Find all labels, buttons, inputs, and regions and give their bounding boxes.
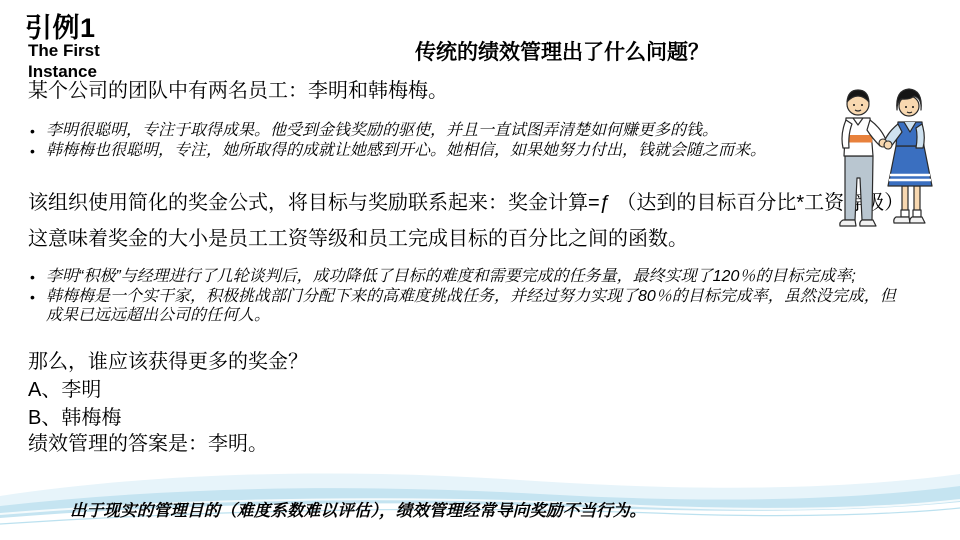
list-item: • 李明很聪明，专注于取得成果。他受到金钱奖励的驱使，并且一直试图弄清楚如何赚更…	[30, 122, 910, 140]
slide-subtitle: The First Instance	[28, 41, 128, 82]
handshake-illustration	[826, 82, 942, 262]
list-item: • 韩梅梅是一个实干家，积极挑战部门分配下来的高难度挑战任务，并经过努力实现了8…	[30, 288, 902, 325]
bullet-text: 韩梅梅是一个实干家，积极挑战部门分配下来的高难度挑战任务，并经过努力实现了80％…	[46, 288, 902, 325]
employee-profile-bullets: • 李明很聪明，专注于取得成果。他受到金钱奖励的驱使，并且一直试图弄清楚如何赚更…	[30, 122, 910, 163]
intro-paragraph: 某个公司的团队中有两名员工：李明和韩梅梅。	[28, 78, 448, 104]
bullet-text: 韩梅梅也很聪明，专注，她所取得的成就让她感到开心。她相信，如果她努力付出，钱就会…	[46, 142, 910, 160]
bullet-icon: •	[30, 288, 46, 325]
list-item: • 韩梅梅也很聪明，专注，她所取得的成就让她感到开心。她相信，如果她努力付出，钱…	[30, 142, 910, 160]
bullet-icon: •	[30, 122, 46, 140]
bonus-formula-paragraph: 该组织使用简化的奖金公式，将目标与奖励联系起来：奖金计算=ƒ （达到的目标百分比…	[28, 190, 928, 216]
slide-canvas: { "slide": { "title": "引例1", "subtitle":…	[0, 0, 960, 540]
list-item: • 李明“积极”与经理进行了几轮谈判后，成功降低了目标的难度和需要完成的任务量，…	[30, 268, 902, 286]
man-figure	[840, 90, 886, 226]
footer-conclusion-text: 出于现实的管理目的（难度系数难以评估），绩效管理经常导向奖励不当行为。	[70, 497, 646, 521]
function-explanation-paragraph: 这意味着奖金的大小是员工工资等级和员工完成目标的百分比之间的函数。	[28, 226, 928, 252]
bullet-text: 李明很聪明，专注于取得成果。他受到金钱奖励的驱使，并且一直试图弄清楚如何赚更多的…	[46, 122, 910, 140]
slide-heading: 传统的绩效管理出了什么问题？	[415, 36, 709, 66]
answer-text: 绩效管理的答案是：李明。	[28, 431, 268, 457]
option-b: B、韩梅梅	[28, 407, 308, 429]
bullet-icon: •	[30, 268, 46, 286]
bullet-text: 李明“积极”与经理进行了几轮谈判后，成功降低了目标的难度和需要完成的任务量，最终…	[46, 268, 902, 286]
girl-figure	[884, 89, 932, 223]
bullet-icon: •	[30, 142, 46, 160]
option-a: A、李明	[28, 379, 308, 401]
question-block: 那么，谁应该获得更多的奖金？ A、李明 B、韩梅梅	[28, 351, 308, 435]
result-bullets: • 李明“积极”与经理进行了几轮谈判后，成功降低了目标的难度和需要完成的任务量，…	[30, 268, 902, 327]
slide-title: 引例1	[25, 6, 96, 45]
question-text: 那么，谁应该获得更多的奖金？	[28, 351, 308, 373]
